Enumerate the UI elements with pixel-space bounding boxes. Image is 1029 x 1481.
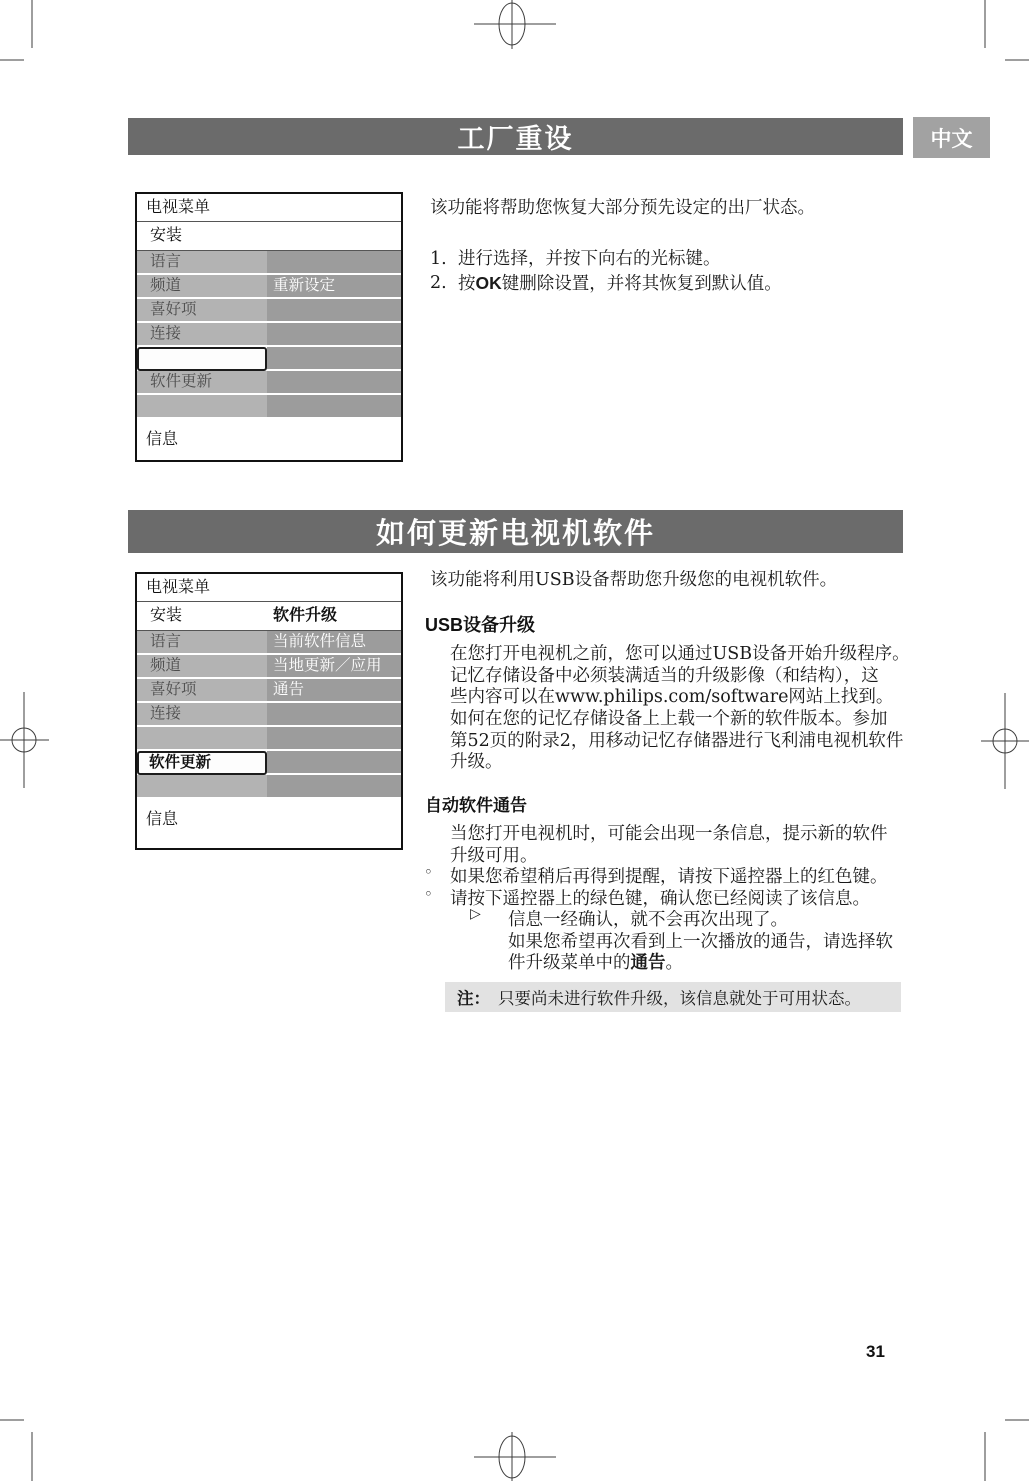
tv-menu-row bbox=[137, 775, 401, 799]
tv-menu-title: 电视菜单 bbox=[137, 194, 401, 222]
tv-menu-item-connections: 连接 bbox=[137, 323, 267, 347]
tv-menu-value-announcement: 通告 bbox=[267, 679, 401, 703]
announcement-bold: 通告 bbox=[631, 953, 666, 973]
tv-menu-row-selected bbox=[137, 347, 401, 371]
list-item-step1: 1. 进行选择，并按下向右的光标键。 bbox=[430, 247, 782, 271]
usb-upgrade-paragraph: 在您打开电视机之前，您可以通过USB设备开始升级程序。 记忆存储设备中必须装满适… bbox=[450, 640, 910, 770]
paragraph-line: 如果您希望再次看到上一次播放的通告，请选择软 bbox=[424, 928, 944, 950]
tv-menu-value bbox=[267, 703, 401, 727]
note-label: 注： bbox=[445, 985, 498, 1009]
tv-menu-item-connections: 连接 bbox=[137, 703, 267, 727]
step-text: 按OK键删除设置，并将其恢复到默认值。 bbox=[458, 271, 782, 296]
tv-menu-item-installation: 安装 bbox=[137, 602, 267, 630]
step-text-post: 键删除设置，并将其恢复到默认值。 bbox=[502, 274, 782, 294]
tv-menu-value bbox=[267, 347, 401, 371]
tv-menu-item-language: 语言 bbox=[137, 251, 267, 275]
list-item-step2: 2. 按OK键删除设置，并将其恢复到默认值。 bbox=[430, 271, 782, 296]
tv-menu-row: 软件更新 bbox=[137, 371, 401, 395]
step-text-pre: 按 bbox=[458, 274, 476, 294]
tv-menu-item-channels: 频道 bbox=[137, 655, 267, 679]
tv-menu-value-current-software-info: 当前软件信息 bbox=[267, 631, 401, 655]
tv-menu-item-preferences: 喜好项 bbox=[137, 299, 267, 323]
bullet-icon: ◦ bbox=[424, 885, 433, 903]
paragraph-line: 在您打开电视机之前，您可以通过USB设备开始升级程序。 bbox=[450, 640, 910, 662]
tv-menu-item-software-update-selected: 软件更新 bbox=[137, 751, 267, 775]
reset-steps-list: 1. 进行选择，并按下向右的光标键。 2. 按OK键删除设置，并将其恢复到默认值… bbox=[430, 247, 782, 296]
bullet-item: ◦如果您希望稍后再得到提醒，请按下遥控器上的红色键。 bbox=[424, 863, 944, 885]
tv-menu-submenu-title-software-upgrade: 软件升级 bbox=[267, 602, 401, 630]
tv-menu-value bbox=[267, 323, 401, 347]
language-tab: 中文 bbox=[913, 117, 990, 158]
bullet-item: ◦请按下遥控器上的绿色键，确认您已经阅读了该信息。 bbox=[424, 885, 944, 907]
page-number: 31 bbox=[866, 1342, 885, 1362]
tv-menu-subtitle-row: 安装 bbox=[137, 222, 401, 251]
paragraph-line: 第52页的附录2，用移动记忆存储器进行飞利浦电视机软件 bbox=[450, 727, 910, 749]
triangle-icon: ▷ bbox=[470, 906, 481, 922]
note-box: 注： 只要尚未进行软件升级，该信息就处于可用状态。 bbox=[445, 982, 901, 1012]
tv-menu-value bbox=[267, 299, 401, 323]
section-header-factory-reset: 工厂重设 bbox=[128, 118, 903, 155]
tv-menu-item-info: 信息 bbox=[137, 799, 401, 848]
tv-menu-row: 连接 bbox=[137, 703, 401, 727]
paragraph-line: 升级可用。 bbox=[424, 842, 944, 864]
tv-menu-value bbox=[267, 251, 401, 275]
line-pre: 件升级菜单中的 bbox=[508, 953, 631, 973]
tv-menu-item-language: 语言 bbox=[137, 631, 267, 655]
tv-menu-value bbox=[267, 395, 401, 419]
update-intro-text: 该功能将利用USB设备帮助您升级您的电视机软件。 bbox=[430, 570, 837, 592]
tv-menu-row: 语言 当前软件信息 bbox=[137, 631, 401, 655]
reset-intro-text: 该功能将帮助您恢复大部分预先设定的出厂状态。 bbox=[430, 198, 815, 220]
step-number: 2. bbox=[430, 271, 458, 296]
tv-menu-item-preferences: 喜好项 bbox=[137, 679, 267, 703]
auto-announcement-paragraph: 当您打开电视机时，可能会出现一条信息，提示新的软件 升级可用。 ◦如果您希望稍后… bbox=[424, 820, 944, 971]
tv-menu-subtitle-row: 安装 软件升级 bbox=[137, 602, 401, 631]
section-title: 工厂重设 bbox=[458, 117, 574, 156]
tv-menu-item-blank bbox=[137, 395, 267, 419]
tv-menu-value-local-update: 当地更新／应用 bbox=[267, 655, 401, 679]
ok-key-label: OK bbox=[476, 273, 502, 293]
language-tab-label: 中文 bbox=[931, 123, 973, 153]
tv-menu-value bbox=[267, 727, 401, 751]
section-header-software-update: 如何更新电视机软件 bbox=[128, 510, 903, 553]
tv-menu-submenu-title bbox=[267, 222, 401, 250]
paragraph-line: 当您打开电视机时，可能会出现一条信息，提示新的软件 bbox=[424, 820, 944, 842]
step-number: 1. bbox=[430, 247, 458, 271]
paragraph-line: 记忆存储设备中必须装满适当的升级影像（和结构），这 bbox=[450, 662, 910, 684]
tv-menu-row bbox=[137, 727, 401, 751]
note-text: 只要尚未进行软件升级，该信息就处于可用状态。 bbox=[498, 985, 861, 1009]
usb-upgrade-heading: USB设备升级 bbox=[425, 611, 535, 637]
paragraph-line: 如何在您的记忆存储设备上上载一个新的软件版本。参加 bbox=[450, 705, 910, 727]
manual-page: 工厂重设 中文 电视菜单 安装 语言 频道 重新设定 喜好项 连接 bbox=[0, 0, 1029, 1481]
line-post: 。 bbox=[666, 953, 684, 973]
tv-menu-item-installation: 安装 bbox=[137, 222, 267, 250]
auto-announcement-heading: 自动软件通告 bbox=[425, 791, 527, 816]
tv-menu-item-info: 信息 bbox=[137, 419, 401, 460]
result-item: ▷信息一经确认，就不会再次出现了。 bbox=[424, 906, 944, 928]
tv-menu-row: 连接 bbox=[137, 323, 401, 347]
paragraph-line: 件升级菜单中的通告。 bbox=[424, 949, 944, 971]
tv-menu-item-blank bbox=[137, 727, 267, 751]
tv-menu-row: 频道 重新设定 bbox=[137, 275, 401, 299]
section-title: 如何更新电视机软件 bbox=[376, 511, 655, 552]
tv-menu-value-reset: 重新设定 bbox=[267, 275, 401, 299]
tv-menu-item-channels: 频道 bbox=[137, 275, 267, 299]
tv-menu-screenshot-factory-reset: 电视菜单 安装 语言 频道 重新设定 喜好项 连接 软件更新 bbox=[135, 192, 403, 462]
bullet-icon: ◦ bbox=[424, 863, 433, 881]
tv-menu-row: 频道 当地更新／应用 bbox=[137, 655, 401, 679]
step-text: 进行选择，并按下向右的光标键。 bbox=[458, 247, 721, 271]
paragraph-line: 些内容可以在www.philips.com/software网站上找到。 bbox=[450, 683, 910, 705]
tv-menu-value bbox=[267, 371, 401, 395]
paragraph-line: 升级。 bbox=[450, 748, 910, 770]
tv-menu-title: 电视菜单 bbox=[137, 574, 401, 602]
tv-menu-screenshot-software-update: 电视菜单 安装 软件升级 语言 当前软件信息 频道 当地更新／应用 喜好项 通告… bbox=[135, 572, 403, 850]
tv-menu-value bbox=[267, 751, 401, 775]
tv-menu-row: 语言 bbox=[137, 251, 401, 275]
tv-menu-row bbox=[137, 395, 401, 419]
tv-menu-item-software-update: 软件更新 bbox=[137, 371, 267, 395]
tv-menu-row-selected: 软件更新 bbox=[137, 751, 401, 775]
tv-menu-value bbox=[267, 775, 401, 799]
tv-menu-item-blank bbox=[137, 775, 267, 799]
tv-menu-row: 喜好项 通告 bbox=[137, 679, 401, 703]
tv-menu-item-selected-blank bbox=[137, 347, 267, 371]
tv-menu-row: 喜好项 bbox=[137, 299, 401, 323]
